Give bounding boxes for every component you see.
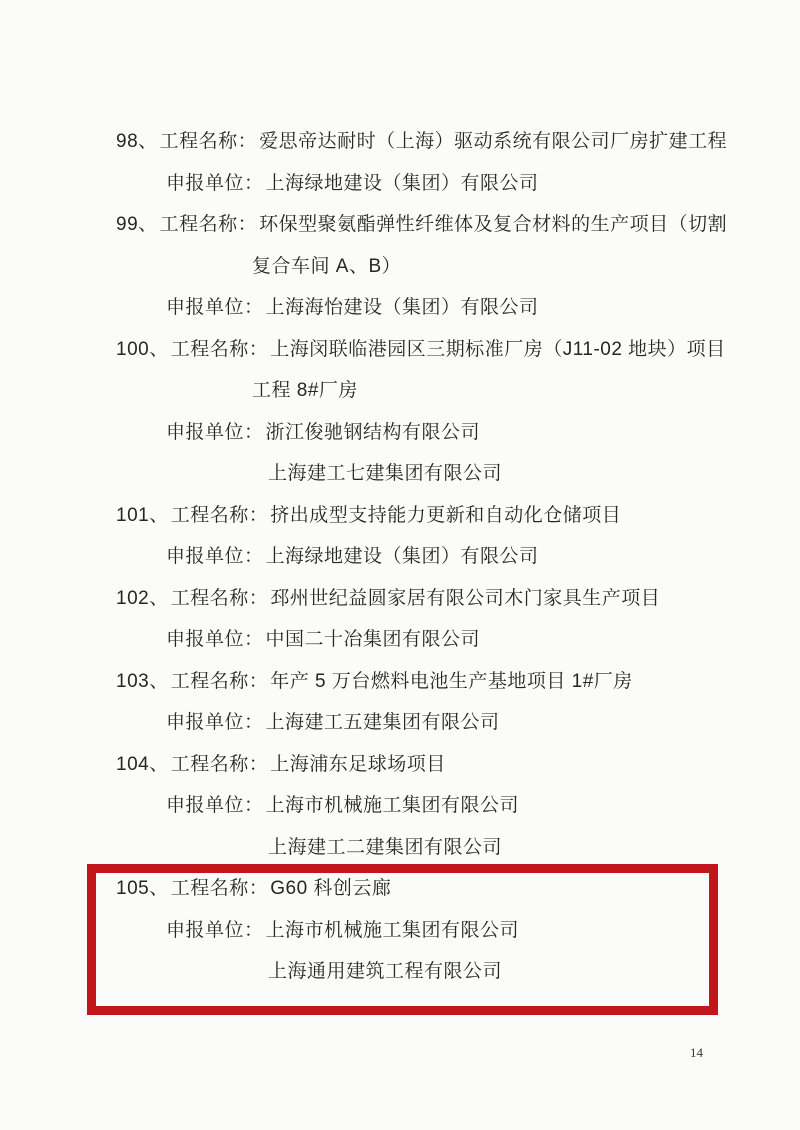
project-name-label: 工程名称： xyxy=(171,873,269,900)
unit-text: 浙江俊驰钢结构有限公司 xyxy=(266,417,481,444)
unit-text: 上海通用建筑工程有限公司 xyxy=(268,956,502,983)
project-name-label: 工程名称： xyxy=(160,126,258,153)
item-number: 99、 xyxy=(116,209,158,236)
project-name-label: 工程名称： xyxy=(171,500,269,527)
project-name-text: G60 科创云廊 xyxy=(270,873,391,900)
list-item: 102、 工程名称： 邳州世纪益圆家居有限公司木门家具生产项目 xyxy=(0,576,800,618)
unit-continuation: 上海建工七建集团有限公司 xyxy=(0,451,800,493)
list-item: 104、 工程名称： 上海浦东足球场项目 xyxy=(0,742,800,784)
project-name-label: 工程名称： xyxy=(171,334,269,361)
list-item: 申报单位： 上海绿地建设（集团）有限公司 xyxy=(0,534,800,576)
project-name-text: 年产 5 万台燃料电池生产基地项目 1#厂房 xyxy=(270,666,633,693)
list-item: 申报单位： 上海绿地建设（集团）有限公司 xyxy=(0,161,800,203)
unit-label: 申报单位： xyxy=(166,168,264,195)
unit-label: 申报单位： xyxy=(166,417,264,444)
item-number: 98、 xyxy=(116,126,158,153)
list-item: 申报单位： 中国二十冶集团有限公司 xyxy=(0,617,800,659)
item-number: 102、 xyxy=(116,583,169,610)
unit-continuation: 上海建工二建集团有限公司 xyxy=(0,825,800,867)
item-number: 105、 xyxy=(116,873,169,900)
unit-text: 上海市机械施工集团有限公司 xyxy=(266,915,520,942)
list-item-highlighted: 申报单位： 上海市机械施工集团有限公司 xyxy=(0,908,800,950)
list-item: 100、 工程名称： 上海闵联临港园区三期标准厂房（J11-02 地块）项目 xyxy=(0,327,800,369)
list-item-highlighted: 105、 工程名称： G60 科创云廊 xyxy=(0,866,800,908)
project-name-label: 工程名称： xyxy=(160,209,258,236)
project-name-text: 邳州世纪益圆家居有限公司木门家具生产项目 xyxy=(270,583,660,610)
project-name-label: 工程名称： xyxy=(171,666,269,693)
project-name-continuation: 工程 8#厂房 xyxy=(0,368,800,410)
unit-label: 申报单位： xyxy=(166,541,264,568)
unit-label: 申报单位： xyxy=(166,707,264,734)
project-name-text: 爱思帝达耐时（上海）驱动系统有限公司厂房扩建工程 xyxy=(259,126,727,153)
unit-continuation: 上海通用建筑工程有限公司 xyxy=(0,949,800,991)
project-name-continuation: 复合车间 A、B） xyxy=(0,244,800,286)
project-name-text: 挤出成型支持能力更新和自动化仓储项目 xyxy=(270,500,621,527)
unit-text: 中国二十冶集团有限公司 xyxy=(266,624,481,651)
list-item: 申报单位： 上海市机械施工集团有限公司 xyxy=(0,783,800,825)
unit-label: 申报单位： xyxy=(166,292,264,319)
item-number: 101、 xyxy=(116,500,169,527)
project-name-text: 工程 8#厂房 xyxy=(252,375,358,402)
list-item: 申报单位： 上海建工五建集团有限公司 xyxy=(0,700,800,742)
list-item: 98、 工程名称： 爱思帝达耐时（上海）驱动系统有限公司厂房扩建工程 xyxy=(0,119,800,161)
list-item: 103、 工程名称： 年产 5 万台燃料电池生产基地项目 1#厂房 xyxy=(0,659,800,701)
project-name-text: 上海闵联临港园区三期标准厂房（J11-02 地块）项目 xyxy=(270,334,725,361)
list-item: 101、 工程名称： 挤出成型支持能力更新和自动化仓储项目 xyxy=(0,493,800,535)
project-list: 98、 工程名称： 爱思帝达耐时（上海）驱动系统有限公司厂房扩建工程 申报单位：… xyxy=(0,119,800,991)
unit-label: 申报单位： xyxy=(166,915,264,942)
project-name-label: 工程名称： xyxy=(171,749,269,776)
list-item: 申报单位： 上海海怡建设（集团）有限公司 xyxy=(0,285,800,327)
unit-text: 上海建工五建集团有限公司 xyxy=(266,707,500,734)
unit-text: 上海绿地建设（集团）有限公司 xyxy=(266,168,539,195)
project-name-text: 环保型聚氨酯弹性纤维体及复合材料的生产项目（切割 xyxy=(259,209,727,236)
unit-label: 申报单位： xyxy=(166,790,264,817)
page-number: 14 xyxy=(690,1045,703,1061)
list-item: 99、 工程名称： 环保型聚氨酯弹性纤维体及复合材料的生产项目（切割 xyxy=(0,202,800,244)
unit-text: 上海绿地建设（集团）有限公司 xyxy=(266,541,539,568)
item-number: 103、 xyxy=(116,666,169,693)
list-item: 申报单位： 浙江俊驰钢结构有限公司 xyxy=(0,410,800,452)
item-number: 104、 xyxy=(116,749,169,776)
project-name-text: 上海浦东足球场项目 xyxy=(270,749,446,776)
unit-label: 申报单位： xyxy=(166,624,264,651)
unit-text: 上海海怡建设（集团）有限公司 xyxy=(266,292,539,319)
unit-text: 上海建工七建集团有限公司 xyxy=(268,458,502,485)
project-name-text: 复合车间 A、B） xyxy=(252,251,401,278)
unit-text: 上海市机械施工集团有限公司 xyxy=(266,790,520,817)
item-number: 100、 xyxy=(116,334,169,361)
unit-text: 上海建工二建集团有限公司 xyxy=(268,832,502,859)
document-page: 98、 工程名称： 爱思帝达耐时（上海）驱动系统有限公司厂房扩建工程 申报单位：… xyxy=(0,0,800,1130)
project-name-label: 工程名称： xyxy=(171,583,269,610)
